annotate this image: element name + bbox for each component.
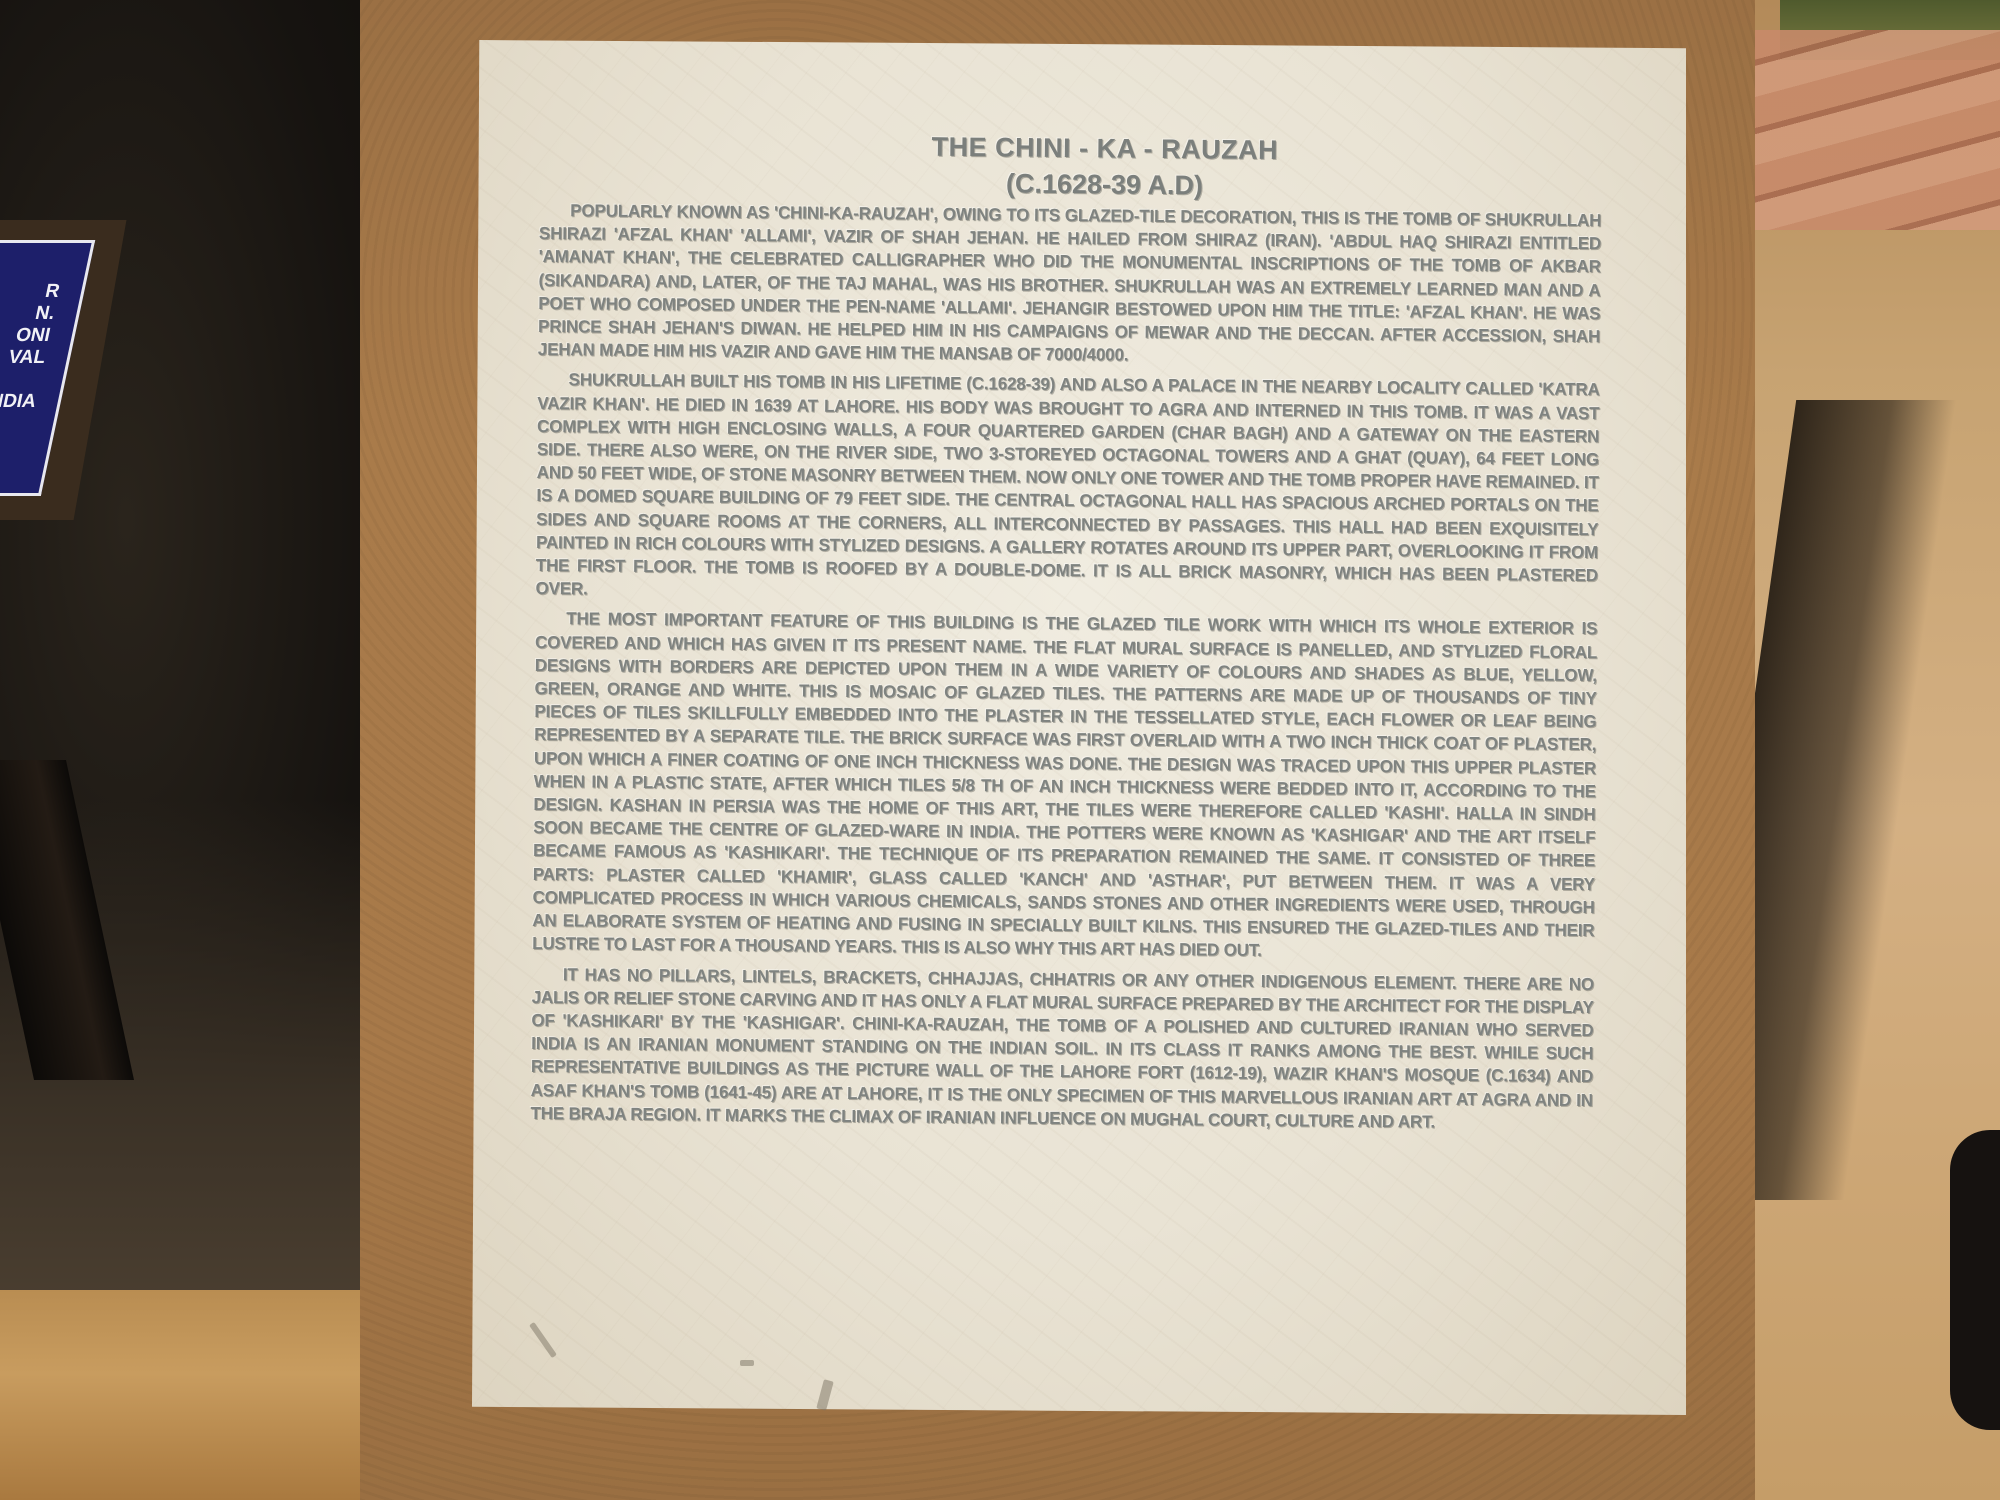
side-sign-line: N. [0,303,79,325]
plaque-paragraph: THE MOST IMPORTANT FEATURE OF THIS BUILD… [532,607,1597,965]
photographer-shadow [1950,1130,2000,1430]
side-sign-line [0,369,65,391]
sandstone-ledge [0,1290,420,1500]
plaque-paragraph: IT HAS NO PILLARS, LINTELS, BRACKETS, CH… [530,962,1594,1135]
stain-mark [740,1360,754,1366]
plaque-inscription: THE CHINI - KA - RAUZAH (C.1628-39 A.D) … [530,125,1600,1142]
brick-rubble [1750,30,2000,230]
plaque-paragraph: POPULARLY KNOWN AS 'CHINI-KA-RAUZAH', OW… [538,199,1602,372]
side-sign-line: INDIA [0,391,60,413]
plaque-paragraph: SHUKRULLAH BUILT HIS TOMB IN HIS LIFETIM… [535,368,1599,610]
side-sign-line: ONI [0,325,74,347]
side-sign-line: VAL [0,347,69,369]
side-sign-line: R [0,281,83,303]
